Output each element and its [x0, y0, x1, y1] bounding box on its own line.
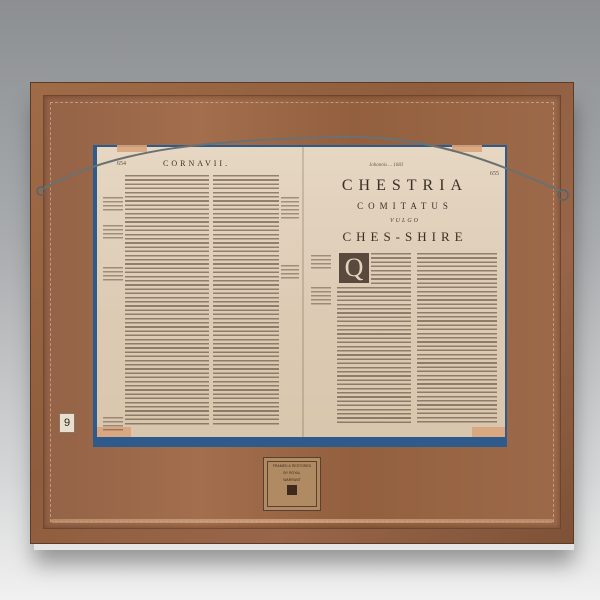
hanging-wire: [31, 83, 573, 543]
picture-frame-back: 654 CORNAVII. Johannis ... 1683 655 CHES…: [30, 82, 574, 544]
